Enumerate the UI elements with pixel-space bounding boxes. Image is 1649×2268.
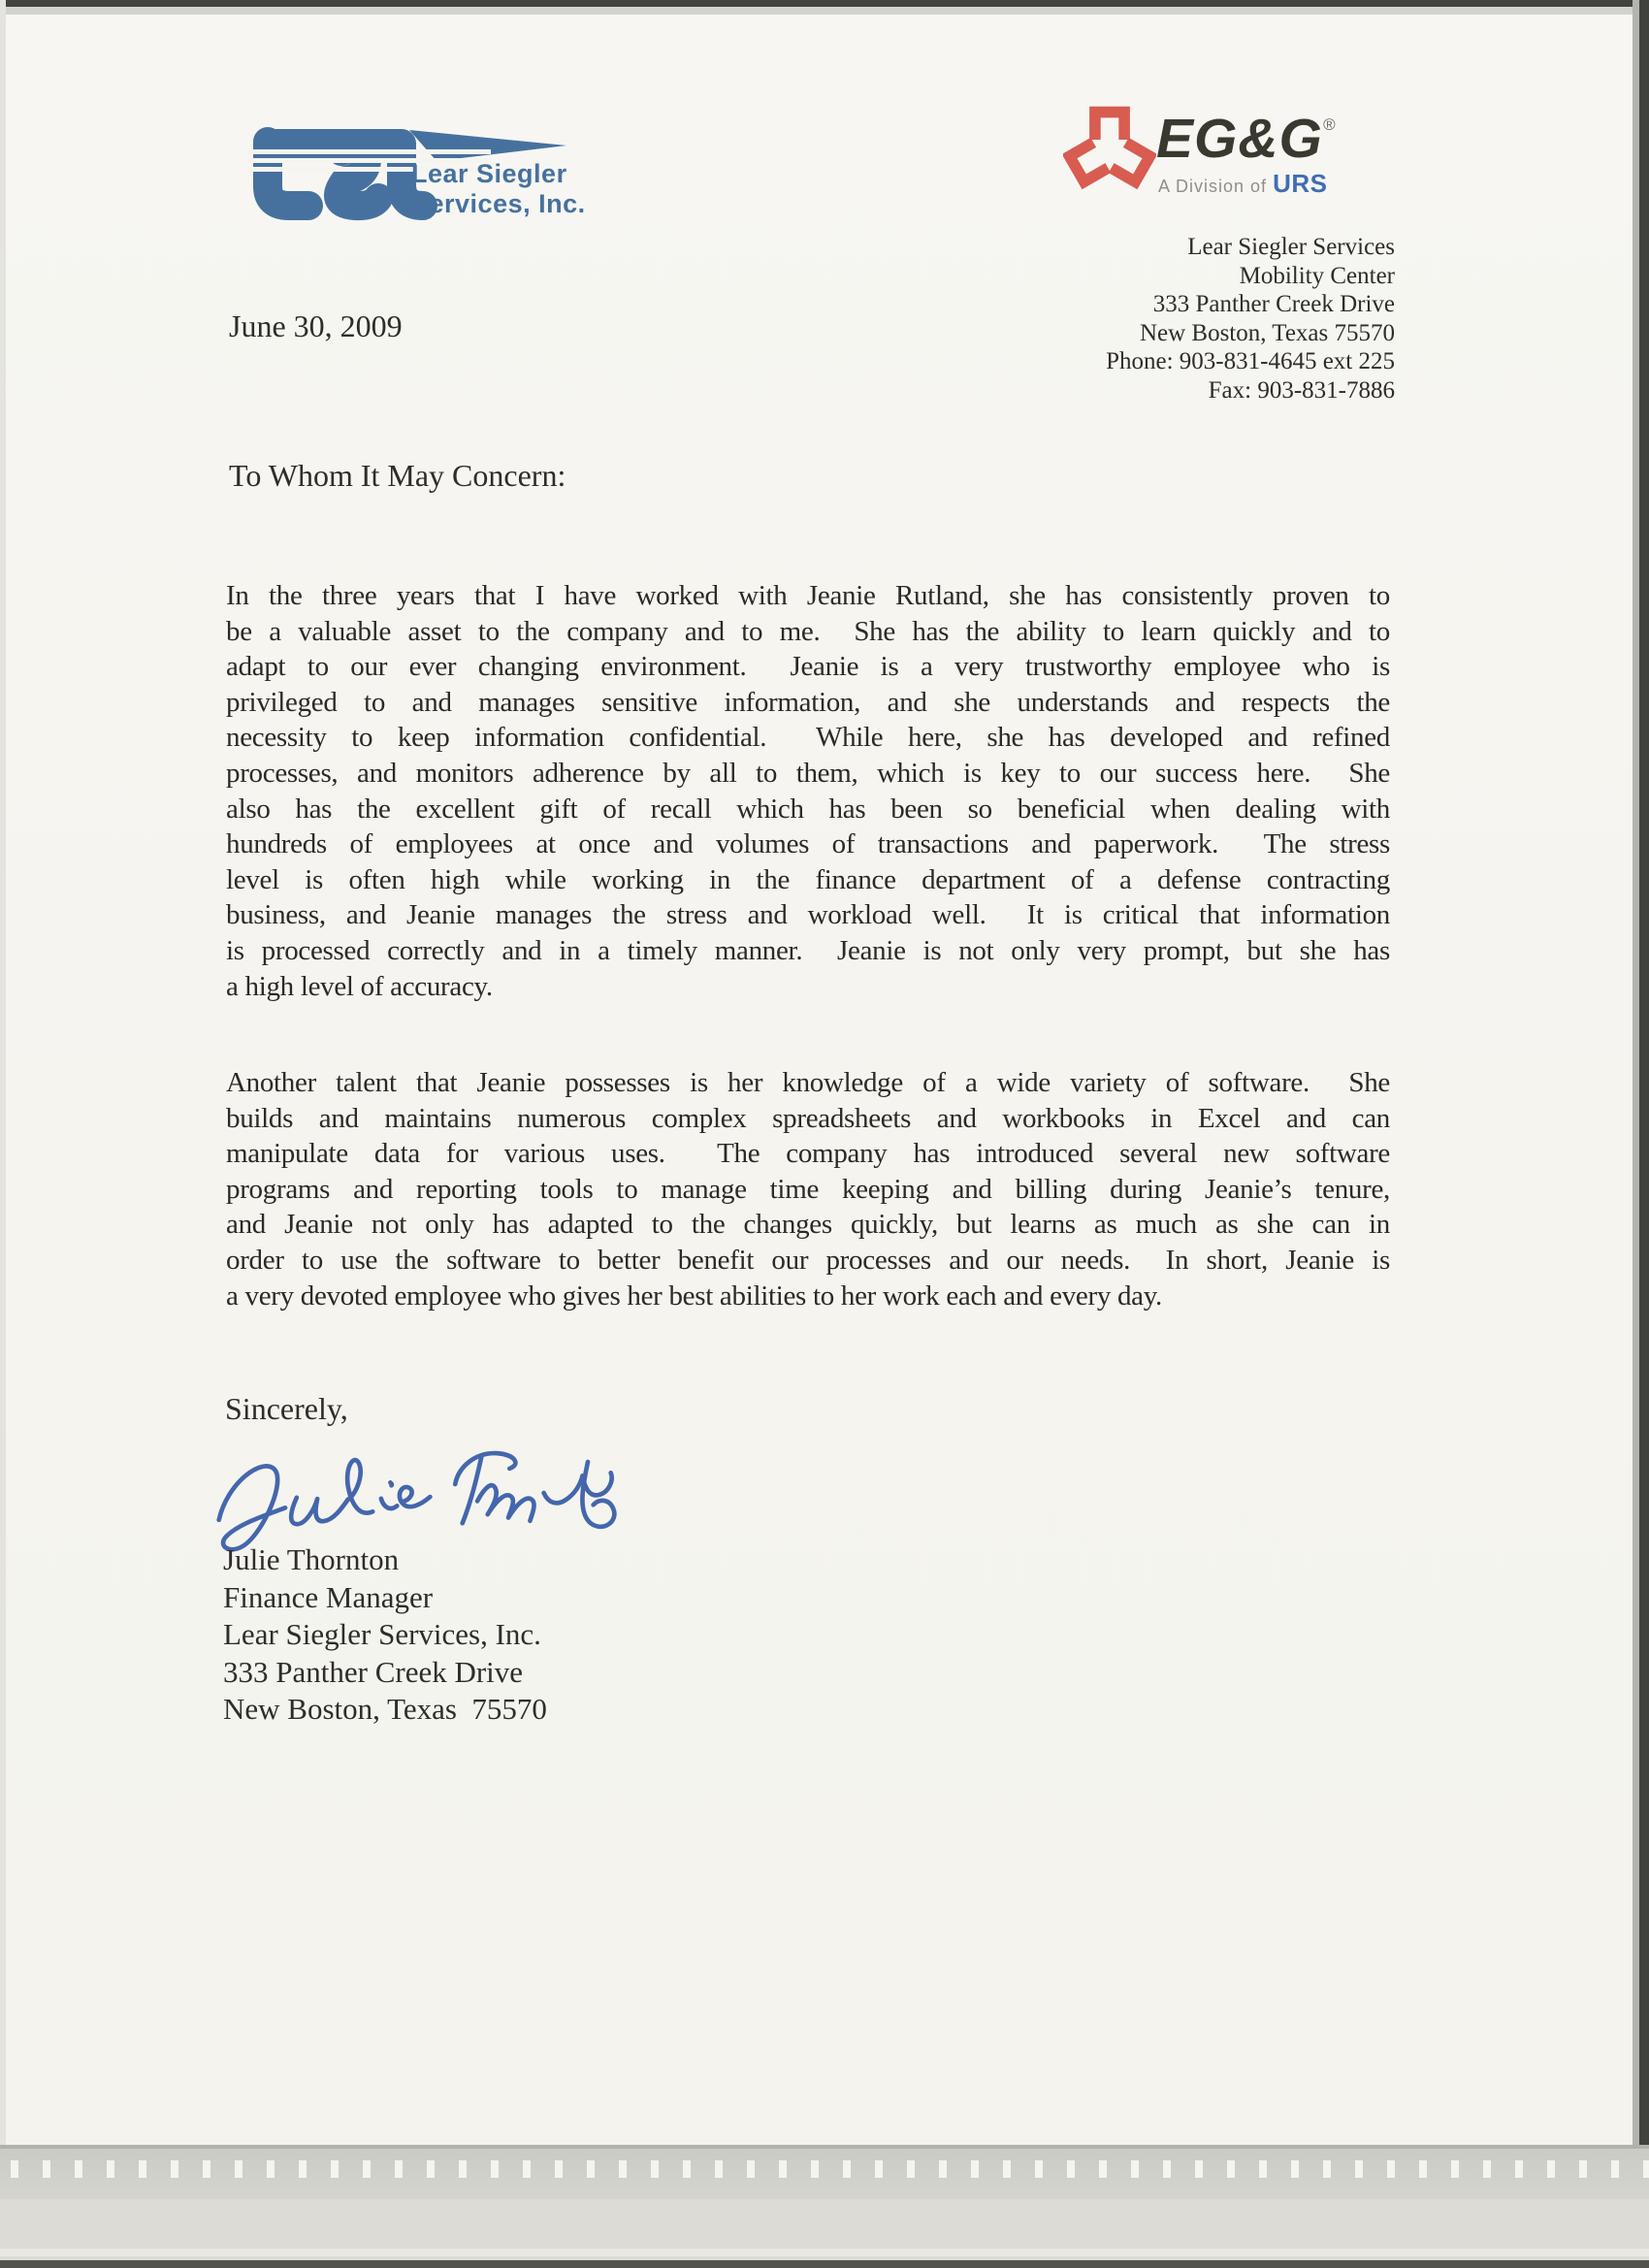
text-line: order to use the software to better bene… xyxy=(226,1243,1390,1279)
text-line: adapt to our ever changing environment. … xyxy=(226,649,1390,685)
text-line: Lear Siegler Services xyxy=(1106,233,1395,262)
urs-wordmark: URS xyxy=(1273,169,1327,198)
text-line: privileged to and manages sensitive info… xyxy=(226,685,1390,721)
text-line: programs and reporting tools to manage t… xyxy=(226,1172,1390,1208)
text-line: builds and maintains numerous complex sp… xyxy=(226,1101,1390,1137)
lsi-company-name: Lear Siegler Services, Inc. xyxy=(411,159,586,219)
text-line: 333 Panther Creek Drive xyxy=(223,1654,547,1692)
sleeve-stitch-marks xyxy=(0,2160,1649,2178)
text-line: business, and Jeanie manages the stress … xyxy=(226,897,1390,933)
signature-block: Julie ThorntonFinance ManagerLear Siegle… xyxy=(223,1541,547,1729)
text-line: level is often high while working in the… xyxy=(226,862,1390,898)
text-line: also has the excellent gift of recall wh… xyxy=(226,792,1390,827)
text-line: Mobility Center xyxy=(1106,262,1395,291)
sleeve-stitched-band xyxy=(0,2149,1649,2199)
text-line: Lear Siegler Services, Inc. xyxy=(223,1616,547,1654)
text-line: hundreds of employees at once and volume… xyxy=(226,826,1390,862)
egg-triskelion-icon xyxy=(1063,97,1156,198)
text-line: In the three years that I have worked wi… xyxy=(226,578,1390,614)
egg-division-prefix: A Division of xyxy=(1158,177,1267,196)
text-line: New Boston, Texas 75570 xyxy=(223,1691,547,1729)
salutation: To Whom It May Concern: xyxy=(229,458,566,494)
text-line: Finance Manager xyxy=(223,1579,547,1617)
scan-right-edge xyxy=(1639,0,1649,2268)
letter-date: June 30, 2009 xyxy=(229,308,403,344)
text-line: is processed correctly and in a timely m… xyxy=(226,933,1390,969)
egg-division-line: A Division of URS xyxy=(1158,169,1327,199)
text-line: necessity to keep information confidenti… xyxy=(226,720,1390,756)
scan-right-edge-highlight xyxy=(1633,0,1639,2268)
body-paragraph-2: Another talent that Jeanie possesses is … xyxy=(226,1065,1390,1313)
body-paragraph-1: In the three years that I have worked wi… xyxy=(226,578,1390,1004)
sleeve-bottom-edge xyxy=(0,2260,1649,2268)
text-line: processes, and monitors adherence by all… xyxy=(226,756,1390,792)
egg-brand-wordmark: EG&G® xyxy=(1156,107,1336,171)
text-line: Phone: 903-831-4645 ext 225 xyxy=(1106,347,1395,376)
text-line: Fax: 903-831-7886 xyxy=(1106,376,1395,405)
text-line: a high level of accuracy. xyxy=(226,969,1390,1005)
text-line: Julie Thornton xyxy=(223,1541,547,1579)
text-line: be a valuable asset to the company and t… xyxy=(226,614,1390,650)
text-line: and Jeanie not only has adapted to the c… xyxy=(226,1207,1390,1243)
scan-left-edge xyxy=(0,0,6,2268)
egg-brand-text: EG&G xyxy=(1156,108,1323,170)
text-line: a very devoted employee who gives her be… xyxy=(226,1279,1390,1314)
text-line: manipulate data for various uses. The co… xyxy=(226,1136,1390,1172)
text-line: New Boston, Texas 75570 xyxy=(1106,319,1395,348)
text-line: Another talent that Jeanie possesses is … xyxy=(226,1065,1390,1101)
closing-word: Sincerely, xyxy=(225,1391,348,1427)
sleeve-highlight-line xyxy=(0,2249,1649,2256)
text-line: 333 Panther Creek Drive xyxy=(1106,290,1395,319)
registered-trademark-symbol: ® xyxy=(1323,115,1337,134)
lsi-name-line1: Lear Siegler xyxy=(411,159,586,189)
scan-top-edge-highlight xyxy=(0,7,1649,15)
scanned-letter-page: Lear Siegler Services, Inc. EG&G® A Divi… xyxy=(0,0,1649,2268)
lsi-name-line2: Services, Inc. xyxy=(411,189,586,219)
company-contact-block: Lear Siegler ServicesMobility Center333 … xyxy=(1106,233,1395,405)
scan-top-edge xyxy=(0,0,1649,7)
